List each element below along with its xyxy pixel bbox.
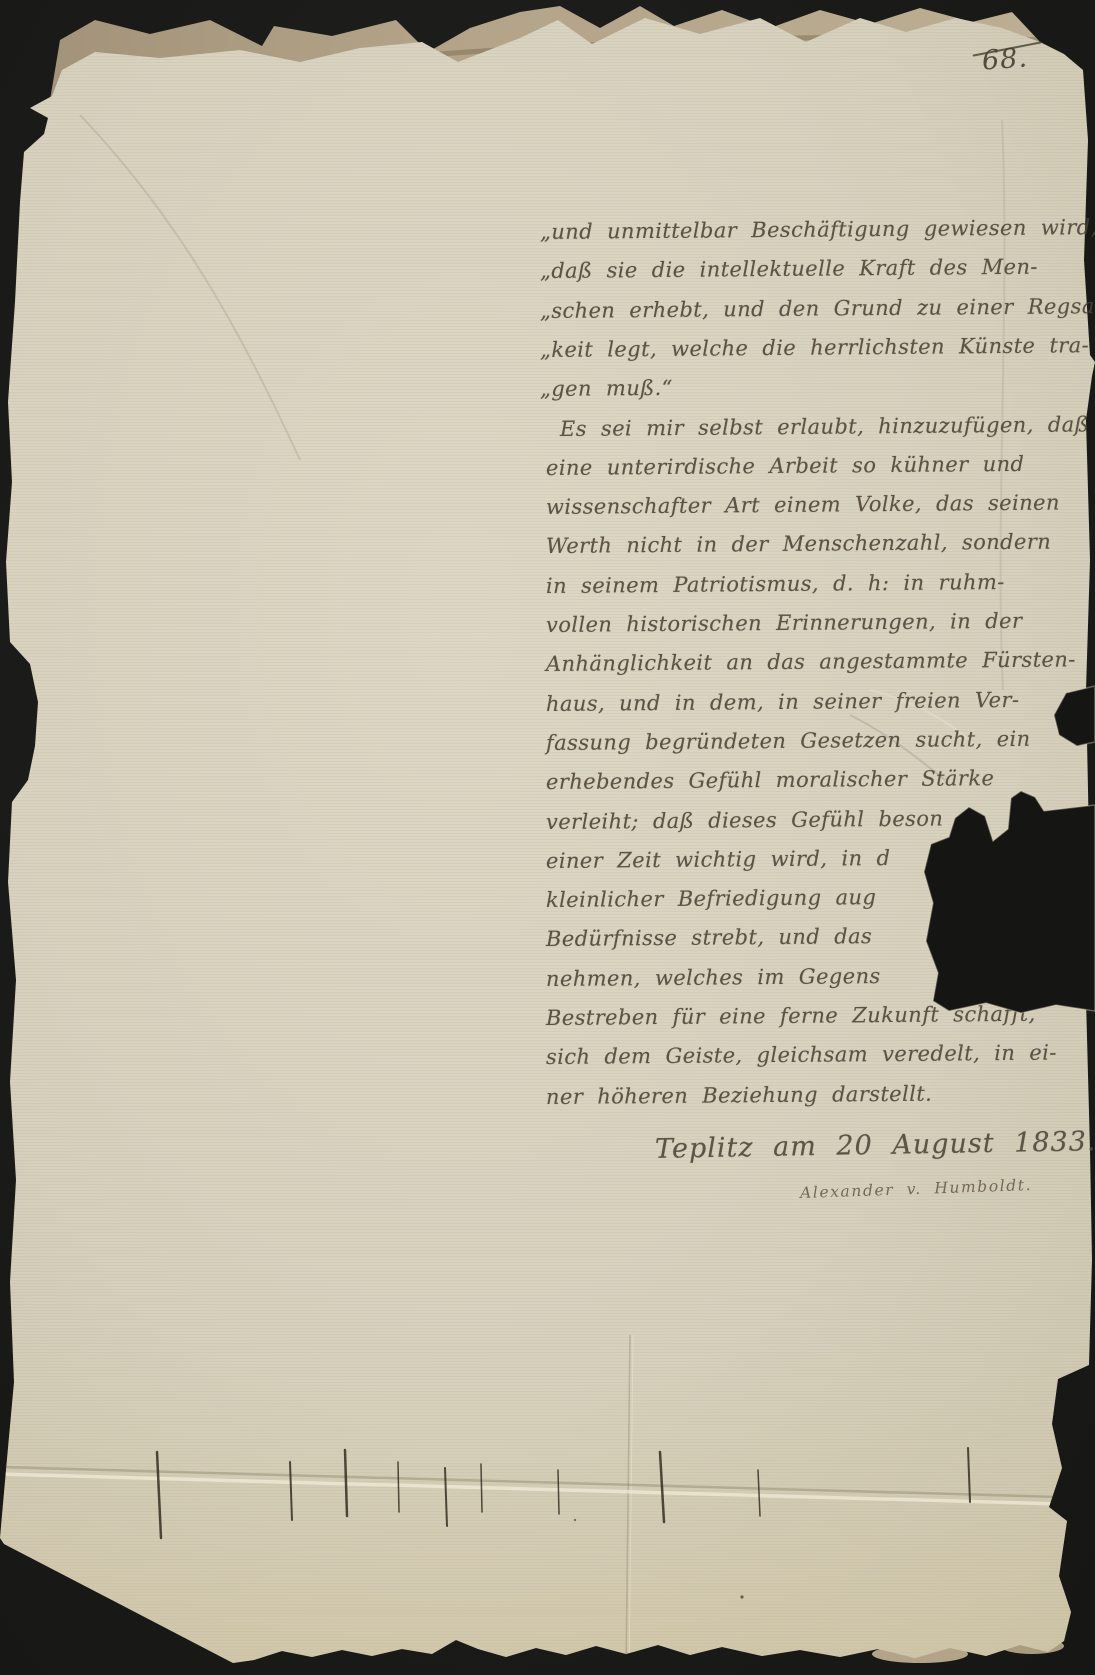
letter-line: Anhänglichkeit an das angestammte Fürste…: [546, 646, 1076, 677]
letter-line: kleinlicher Befriedigung aug: [546, 884, 876, 913]
letter-line: „schen erhebt, und den Grund zu einer Re…: [540, 293, 1095, 324]
signature: Alexander v. Humboldt.: [800, 1176, 1033, 1202]
manuscript-page: 68. „und unmittelbar Beschäftigung gewie…: [0, 0, 1095, 1675]
letter-line: nehmen, welches im Gegens: [546, 963, 881, 992]
letter-line: „daß sie die intellektuelle Kraft des Me…: [540, 254, 1038, 284]
letter-line: fassung begründeten Gesetzen sucht, ein: [546, 726, 1031, 756]
letter-line: haus, und in dem, in seiner freien Ver-: [546, 687, 1020, 717]
letter-line: verleiht; daß dieses Gefühl beson: [546, 806, 943, 835]
letter-line: Es sei mir selbst erlaubt, hinzuzufügen,…: [560, 411, 1089, 442]
letter-line: „keit legt, welche die herrlichsten Küns…: [540, 332, 1089, 363]
letter-line: einer Zeit wichtig wird, in d: [546, 845, 891, 874]
letter-line: ner höheren Beziehung darstellt.: [546, 1081, 932, 1110]
letter-line: Bedürfnisse strebt, und das: [546, 923, 872, 952]
letter-line: vollen historischen Erinnerungen, in der: [546, 608, 1023, 638]
letter-line: in seinem Patriotismus, d. h: in ruhm-: [546, 569, 1005, 599]
page-number: 68.: [981, 42, 1029, 76]
letter-line: Bestreben für eine ferne Zukunft schafft…: [546, 1001, 1036, 1031]
letter-line: wissenschafter Art einem Volke, das sein…: [546, 490, 1060, 520]
letter-line: Werth nicht in der Menschenzahl, sondern: [546, 529, 1051, 559]
letter-line: sich dem Geiste, gleichsam veredelt, in …: [546, 1040, 1057, 1070]
letter-line: eine unterirdische Arbeit so kühner und: [546, 451, 1025, 481]
letter-line: „und unmittelbar Beschäftigung gewiesen …: [540, 214, 1095, 245]
letter-text-layer: 68. „und unmittelbar Beschäftigung gewie…: [0, 0, 1095, 1675]
dateline: Teplitz am 20 August 1833.: [655, 1126, 1095, 1165]
letter-line: erhebendes Gefühl moralischer Stärke: [546, 765, 994, 795]
letter-line: „gen muß.“: [540, 375, 673, 402]
